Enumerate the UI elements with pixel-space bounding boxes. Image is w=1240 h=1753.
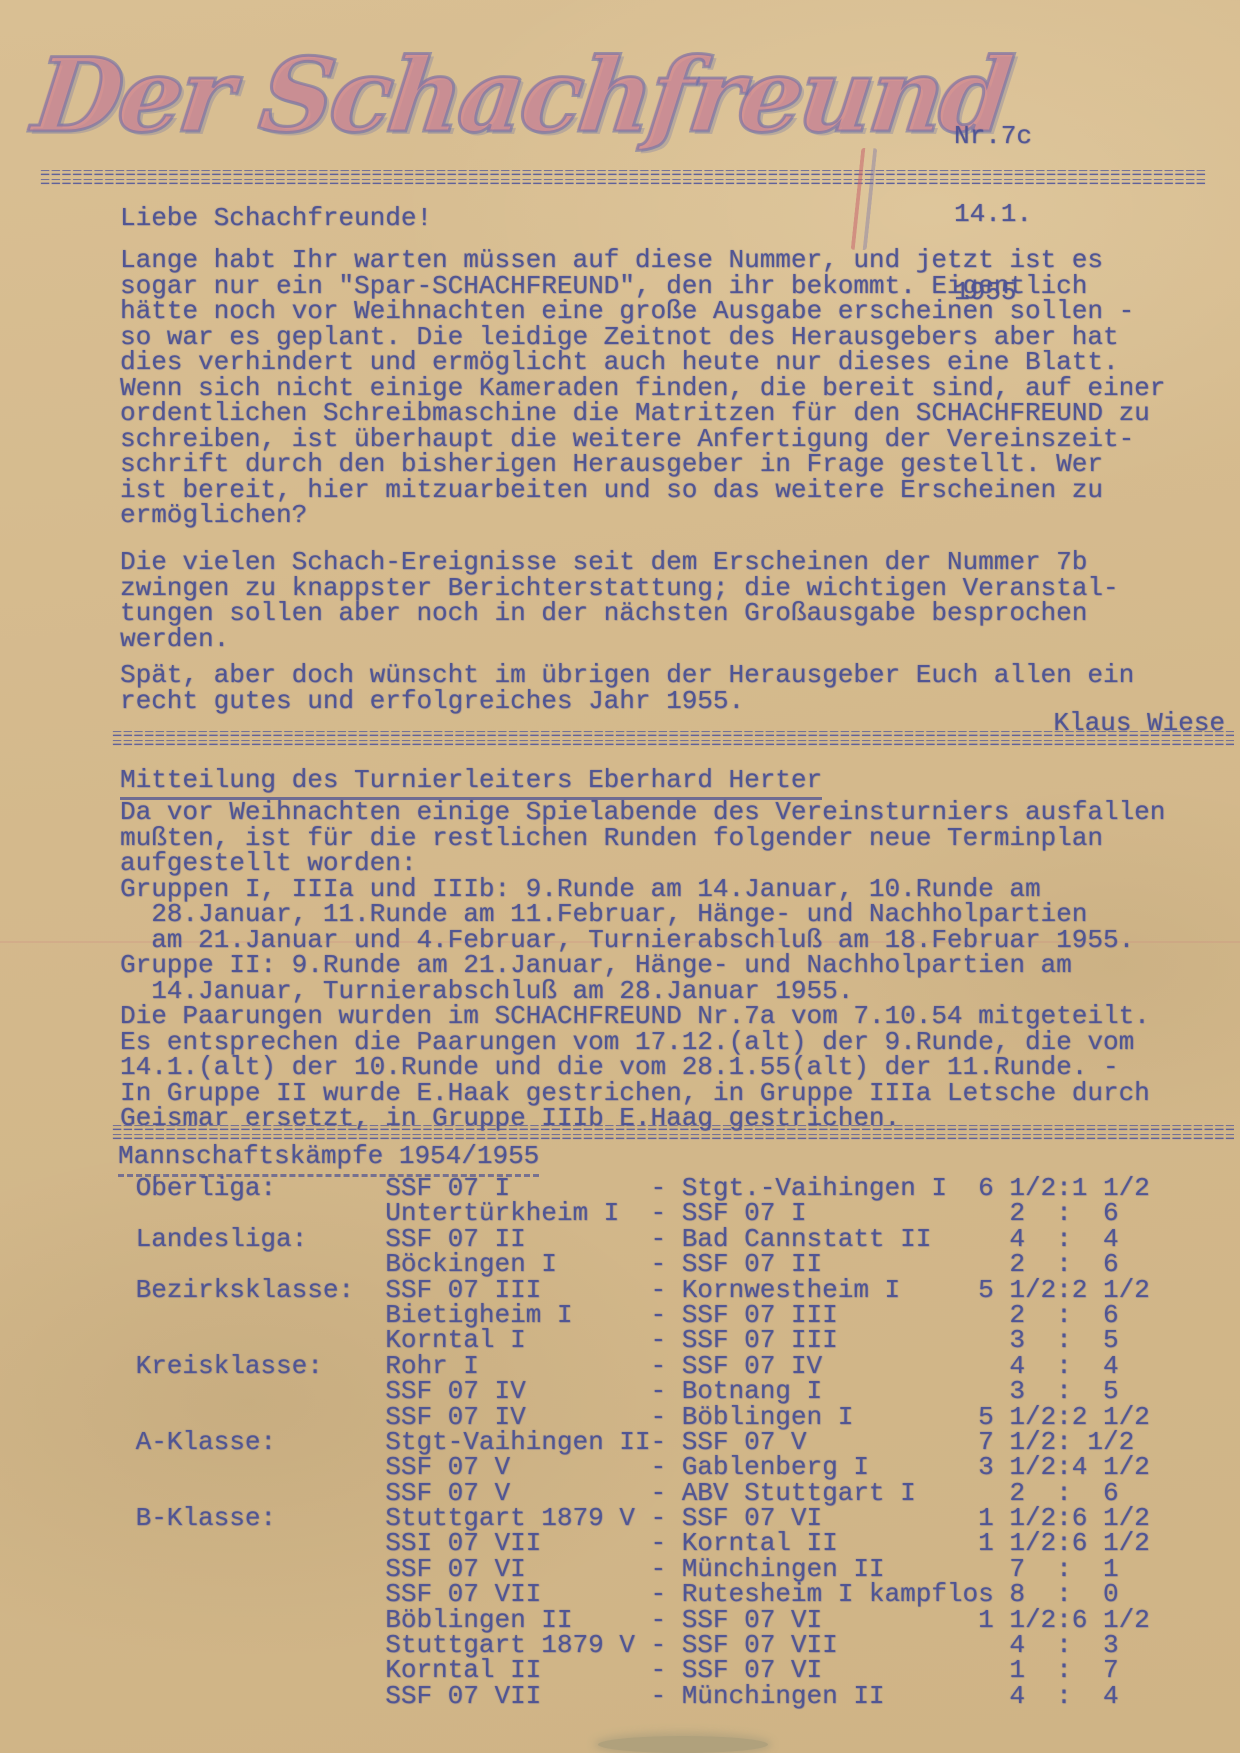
scan-smudge-decoration [598,1736,768,1753]
announcement-body: Da vor Weihnachten einige Spielabende de… [120,800,1165,1132]
table-row: SSF 07 VII - Rutesheim I kampflos 8 : 0 [120,1582,1150,1607]
table-row: Korntal II - SSF 07 VI 1 : 7 [120,1658,1150,1683]
divider-row: ========================================… [112,740,1234,749]
divider-row: ========================================… [112,1125,1234,1134]
table-row: Untertürkheim I - SSF 07 I 2 : 6 [120,1201,1150,1226]
masthead-divider: ========================================… [40,170,1206,192]
intro-paragraph-2: Die vielen Schach-Ereignisse seit dem Er… [120,550,1119,652]
table-row: Böckingen I - SSF 07 II 2 : 6 [120,1252,1150,1277]
table-row: SSF 07 IV - Botnang I 3 : 5 [120,1379,1150,1404]
issue-number: Nr.7c [954,123,1032,150]
issue-date: 14.1. [954,201,1032,228]
results-heading: Mannschaftskämpfe 1954/1955 [118,1144,539,1177]
table-row: Korntal I - SSF 07 III 3 : 5 [120,1328,1150,1353]
intro-paragraph-3: Spät, aber doch wünscht im übrigen der H… [120,663,1134,714]
table-row: SSF 07 VII - Münchingen II 4 : 4 [120,1684,1150,1709]
divider-row: ========================================… [40,170,1206,179]
salutation: Liebe Schachfreunde! [120,206,432,232]
divider-row: ========================================… [40,179,1206,188]
announcement-heading: Mitteilung des Turnierleiters Eberhard H… [120,768,822,800]
newsletter-page: { "masthead": { "title": "Der Schachfreu… [0,0,1240,1753]
section-divider: ========================================… [112,731,1234,753]
intro-paragraph-1: Lange habt Ihr warten müssen auf diese N… [120,248,1165,529]
masthead-title: Der Schachfreund [25,26,953,176]
table-row: SSF 07 V - Gablenberg I 3 1/2:4 1/2 [120,1455,1150,1480]
divider-row: ========================================… [112,731,1234,740]
results-table: Oberliga: SSF 07 I - Stgt.-Vaihingen I 6… [120,1176,1150,1709]
